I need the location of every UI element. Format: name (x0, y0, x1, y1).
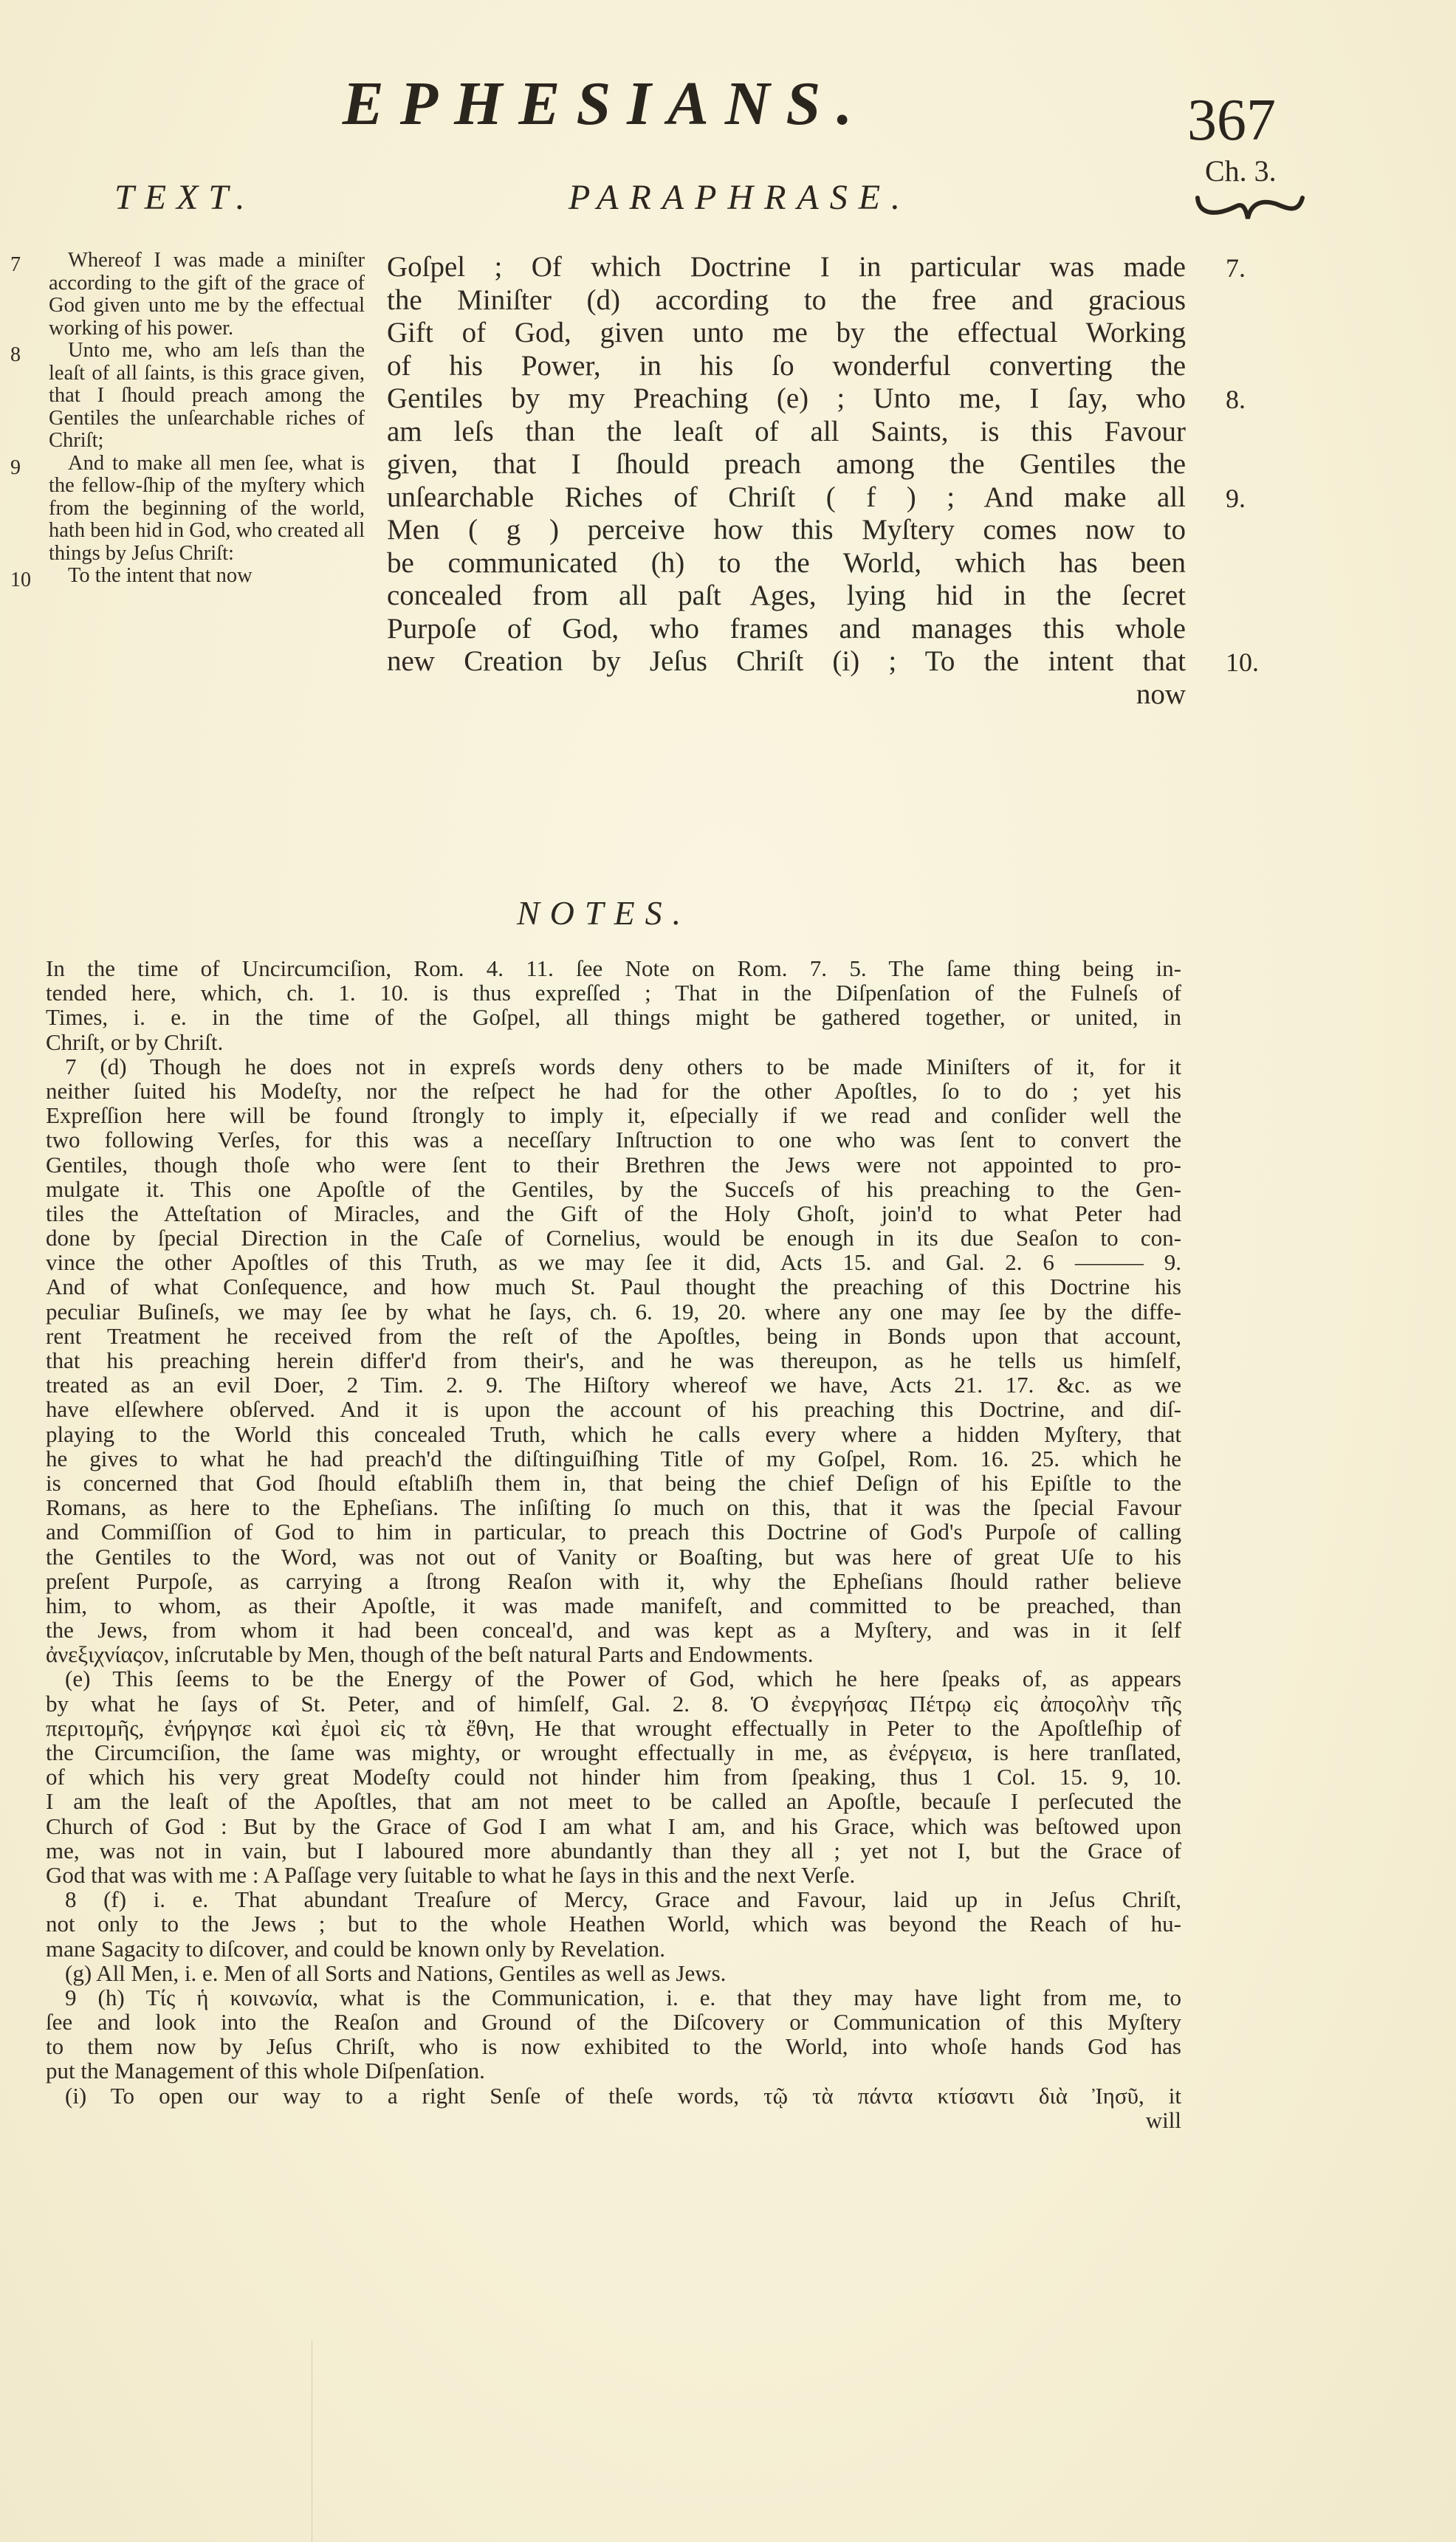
gutter-line (312, 2340, 312, 2542)
column-head-text: TEXT. (114, 177, 255, 218)
paraphrase-line: Gift of God, given unto me by the effect… (387, 317, 1186, 350)
note-line: ἀνεξιχνίαςον, inſcrutable by Men, though… (46, 1642, 1181, 1666)
verse-number: 8 (10, 344, 21, 367)
note-line: Gentiles, though thoſe who were ſent to … (46, 1153, 1181, 1177)
note-line: Times, i. e. in the time of the Goſpel, … (46, 1005, 1181, 1029)
note-line: of which his very great Modeſty could no… (46, 1765, 1181, 1789)
margin-verse-number: 7. (1226, 253, 1246, 284)
paraphrase-line: now (387, 679, 1186, 712)
note-line: is concerned that God ſhould eſtabliſh t… (46, 1471, 1181, 1495)
note-line: preſent Purpoſe, as carrying a ſtrong Re… (46, 1569, 1181, 1593)
note-line: playing to the World this concealed Trut… (46, 1422, 1181, 1446)
verse: 8 Unto me, who am leſs than the leaſt of… (10, 340, 365, 453)
paraphrase-line: given, that I ſhould preach among the Ge… (387, 448, 1186, 481)
book-page: EPHESIANS. 367 Ch. 3. TEXT. PARAPHRASE. … (0, 0, 1456, 2542)
note-line: to them now by Jeſus Chriſt, who is now … (46, 2034, 1181, 2058)
note-line: vince the other Apoſtles of this Truth, … (46, 1250, 1181, 1274)
verse-number: 7 (10, 254, 21, 277)
paraphrase-line: Purpoſe of God, who frames and manages t… (387, 613, 1186, 646)
note-line: mulgate it. This one Apoſtle of the Gent… (46, 1177, 1181, 1201)
note-line: two following Verſes, for this was a nec… (46, 1127, 1181, 1152)
verse-text: Whereof I was made a miniſter according … (49, 250, 365, 340)
paraphrase-line: unſearchable Riches of Chriſt ( f ) ; An… (387, 481, 1186, 515)
paraphrase-line: Goſpel ; Of which Doctrine I in particul… (387, 251, 1186, 284)
notes-section: In the time of Uncircumciſion, Rom. 4. 1… (46, 956, 1181, 2132)
note-line: he gives to what he had preach'd the diſ… (46, 1446, 1181, 1471)
note-line: In the time of Uncircumciſion, Rom. 4. 1… (46, 956, 1181, 980)
chapter-reference: Ch. 3. (1205, 154, 1277, 188)
note-line: (g) All Men, i. e. Men of all Sorts and … (46, 1961, 1181, 1985)
note-line: neither ſuited his Modeſty, nor the reſp… (46, 1079, 1181, 1103)
verse-number: 10 (10, 569, 31, 592)
note-line: tiles the Atteſtation of Miracles, and t… (46, 1201, 1181, 1226)
note-line: 7 (d) Though he does not in expreſs word… (46, 1054, 1181, 1079)
verse-text: And to make all men ſee, what is the fel… (49, 453, 365, 566)
page-number: 367 (1187, 87, 1276, 154)
verse-number: 9 (10, 457, 21, 480)
paraphrase-line: Gentiles by my Preaching (e) ; Unto me, … (387, 382, 1186, 416)
brace-ornament-icon (1195, 193, 1305, 223)
note-line: (e) This ſeems to be the Energy of the P… (46, 1666, 1181, 1691)
paraphrase-line: new Creation by Jeſus Chriſt (i) ; To th… (387, 645, 1186, 679)
note-line: And of what Conſequence, and how much St… (46, 1274, 1181, 1299)
scripture-text-column: 7 Whereof I was made a miniſter accordin… (10, 250, 365, 588)
note-line: and Commiſſion of God to him in particul… (46, 1519, 1181, 1544)
note-line: mane Sagacity to diſcover, and could be … (46, 1937, 1181, 1961)
note-line: the Circumciſion, the ſame was mighty, o… (46, 1740, 1181, 1765)
note-line: I am the leaſt of the Apoſtles, that am … (46, 1789, 1181, 1813)
note-line: ſee and look into the Reaſon and Ground … (46, 2010, 1181, 2034)
verse: 7 Whereof I was made a miniſter accordin… (10, 250, 365, 340)
note-line: have elſewhere obſerved. And it is upon … (46, 1397, 1181, 1421)
notes-title: NOTES. (517, 893, 691, 932)
note-line: Chriſt, or by Chriſt. (46, 1030, 1181, 1054)
note-line: 9 (h) Τίς ἡ κοινωνία, what is the Commun… (46, 1985, 1181, 2010)
paraphrase-line: the Miniſter (d) according to the free a… (387, 284, 1186, 317)
verse-text: To the intent that now (49, 565, 365, 588)
running-title: EPHESIANS. (317, 68, 893, 140)
note-line: Church of God : But by the Grace of God … (46, 1814, 1181, 1838)
margin-verse-number: 8. (1226, 384, 1246, 415)
column-head-paraphrase: PARAPHRASE. (569, 177, 911, 218)
note-line: done by ſpecial Direction in the Caſe of… (46, 1226, 1181, 1250)
note-line: περιτομῆς, ἐνήργησε καὶ ἐμοὶ εἰς τὰ ἔθνη… (46, 1716, 1181, 1740)
note-line: him, to whom, as their Apoſtle, it was m… (46, 1593, 1181, 1618)
note-line: the Gentiles to the Word, was not out of… (46, 1545, 1181, 1569)
note-line: rent Treatment he received from the reſt… (46, 1324, 1181, 1348)
note-line: the Jews, from whom it had been conceal'… (46, 1618, 1181, 1642)
paraphrase-line: concealed from all paſt Ages, lying hid … (387, 580, 1186, 613)
note-line: by what he ſays of St. Peter, and of him… (46, 1691, 1181, 1716)
verse: 9 And to make all men ſee, what is the f… (10, 453, 365, 566)
margin-verse-number: 9. (1226, 483, 1246, 514)
verse-text: Unto me, who am leſs than the leaſt of a… (49, 340, 365, 453)
note-line: (i) To open our way to a right Senſe of … (46, 2084, 1181, 2108)
note-line: 8 (f) i. e. That abundant Treaſure of Me… (46, 1887, 1181, 1911)
paraphrase-line: be communicated (h) to the World, which … (387, 547, 1186, 580)
note-line: peculiar Buſineſs, we may ſee by what he… (46, 1299, 1181, 1324)
paraphrase-column: Goſpel ; Of which Doctrine I in particul… (387, 251, 1186, 711)
paraphrase-line: am leſs than the leaſt of all Saints, is… (387, 416, 1186, 449)
margin-verse-number: 10. (1226, 647, 1259, 678)
note-line: me, was not in vain, but I laboured more… (46, 1838, 1181, 1863)
note-line: tended here, which, ch. 1. 10. is thus e… (46, 980, 1181, 1005)
note-line: God that was with me : A Paſſage very ſu… (46, 1863, 1181, 1887)
note-line: that his preaching herein differ'd from … (46, 1348, 1181, 1373)
note-line: Expreſſion here will be found ſtrongly t… (46, 1103, 1181, 1127)
note-line: treated as an evil Doer, 2 Tim. 2. 9. Th… (46, 1373, 1181, 1397)
paraphrase-line: Men ( g ) perceive how this Myſtery come… (387, 514, 1186, 547)
paraphrase-line: of his Power, in his ſo wonderful conver… (387, 350, 1186, 383)
note-line: Romans, as here to the Epheſians. The in… (46, 1495, 1181, 1519)
verse: 10 To the intent that now (10, 565, 365, 588)
note-line: not only to the Jews ; but to the whole … (46, 1911, 1181, 1936)
note-line: will (46, 2108, 1181, 2132)
note-line: put the Management of this whole Diſpenſ… (46, 2058, 1181, 2083)
